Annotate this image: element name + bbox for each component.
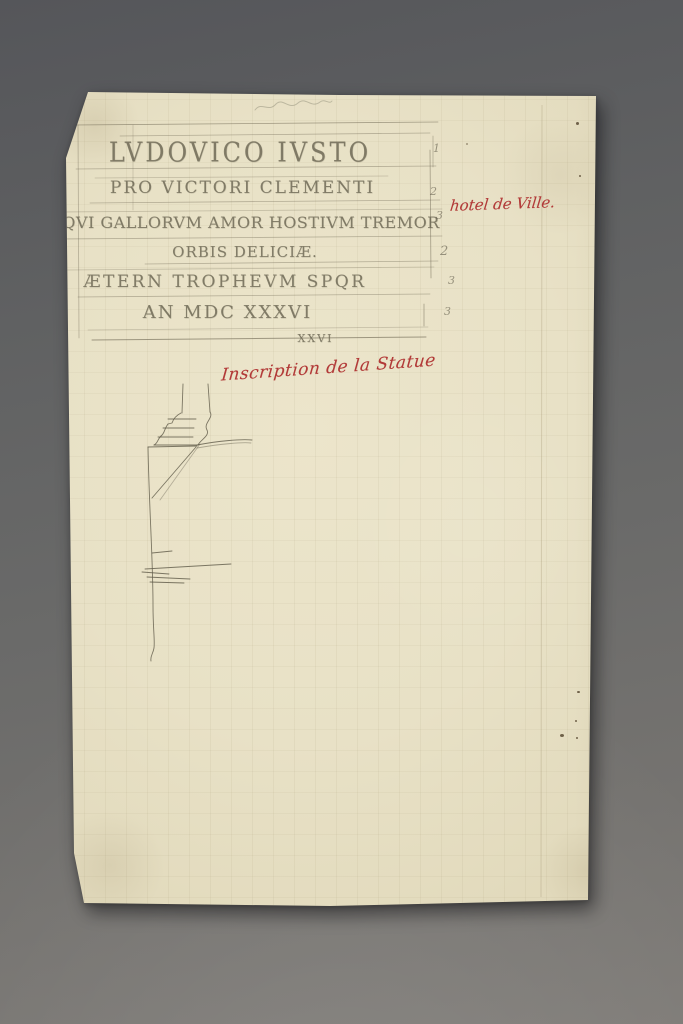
ink-speck [466, 143, 468, 145]
margin-number: 2 [440, 244, 448, 259]
margin-number: 3 [444, 305, 451, 318]
ink-speck [576, 737, 578, 739]
ink-speck [579, 175, 581, 177]
margin-ruled-line [541, 105, 542, 897]
inscription-line-6: AN MDC XXXVI [135, 302, 320, 323]
red-annotation-inscription-statue: Inscription de la Statue [220, 350, 436, 385]
red-annotation-hotel-de-ville: hotel de Ville. [449, 193, 556, 215]
ink-speck [577, 691, 580, 693]
inscription-line-3: QVI GALLORVM AMOR HOSTIVM TREMOR [56, 213, 446, 232]
inscription-line-5: ÆTERN TROPHEVM SPQR [70, 272, 380, 292]
margin-number: 3 [436, 209, 443, 222]
ink-speck [560, 734, 564, 737]
ink-speck [575, 720, 577, 722]
manuscript-paper: LVDOVICO IVSTO PRO VICTORI CLEMENTI QVI … [0, 0, 683, 1024]
paper-shadow: LVDOVICO IVSTO PRO VICTORI CLEMENTI QVI … [0, 0, 683, 1024]
inscription-line-1: LVDOVICO IVSTO [95, 137, 385, 168]
inscription-line-4: ORBIS DELICIÆ. [145, 243, 345, 261]
column-base-sketch [142, 384, 252, 661]
inscription-line-7: XXVI [288, 332, 343, 345]
margin-number: 1 [433, 142, 440, 155]
margin-number: 3 [448, 274, 455, 287]
photo-background: LVDOVICO IVSTO PRO VICTORI CLEMENTI QVI … [0, 0, 683, 1024]
pencil-scribble [255, 101, 332, 110]
inscription-line-2: PRO VICTORI CLEMENTI [85, 178, 400, 198]
ink-speck [576, 122, 579, 125]
margin-number: 2 [430, 185, 437, 198]
